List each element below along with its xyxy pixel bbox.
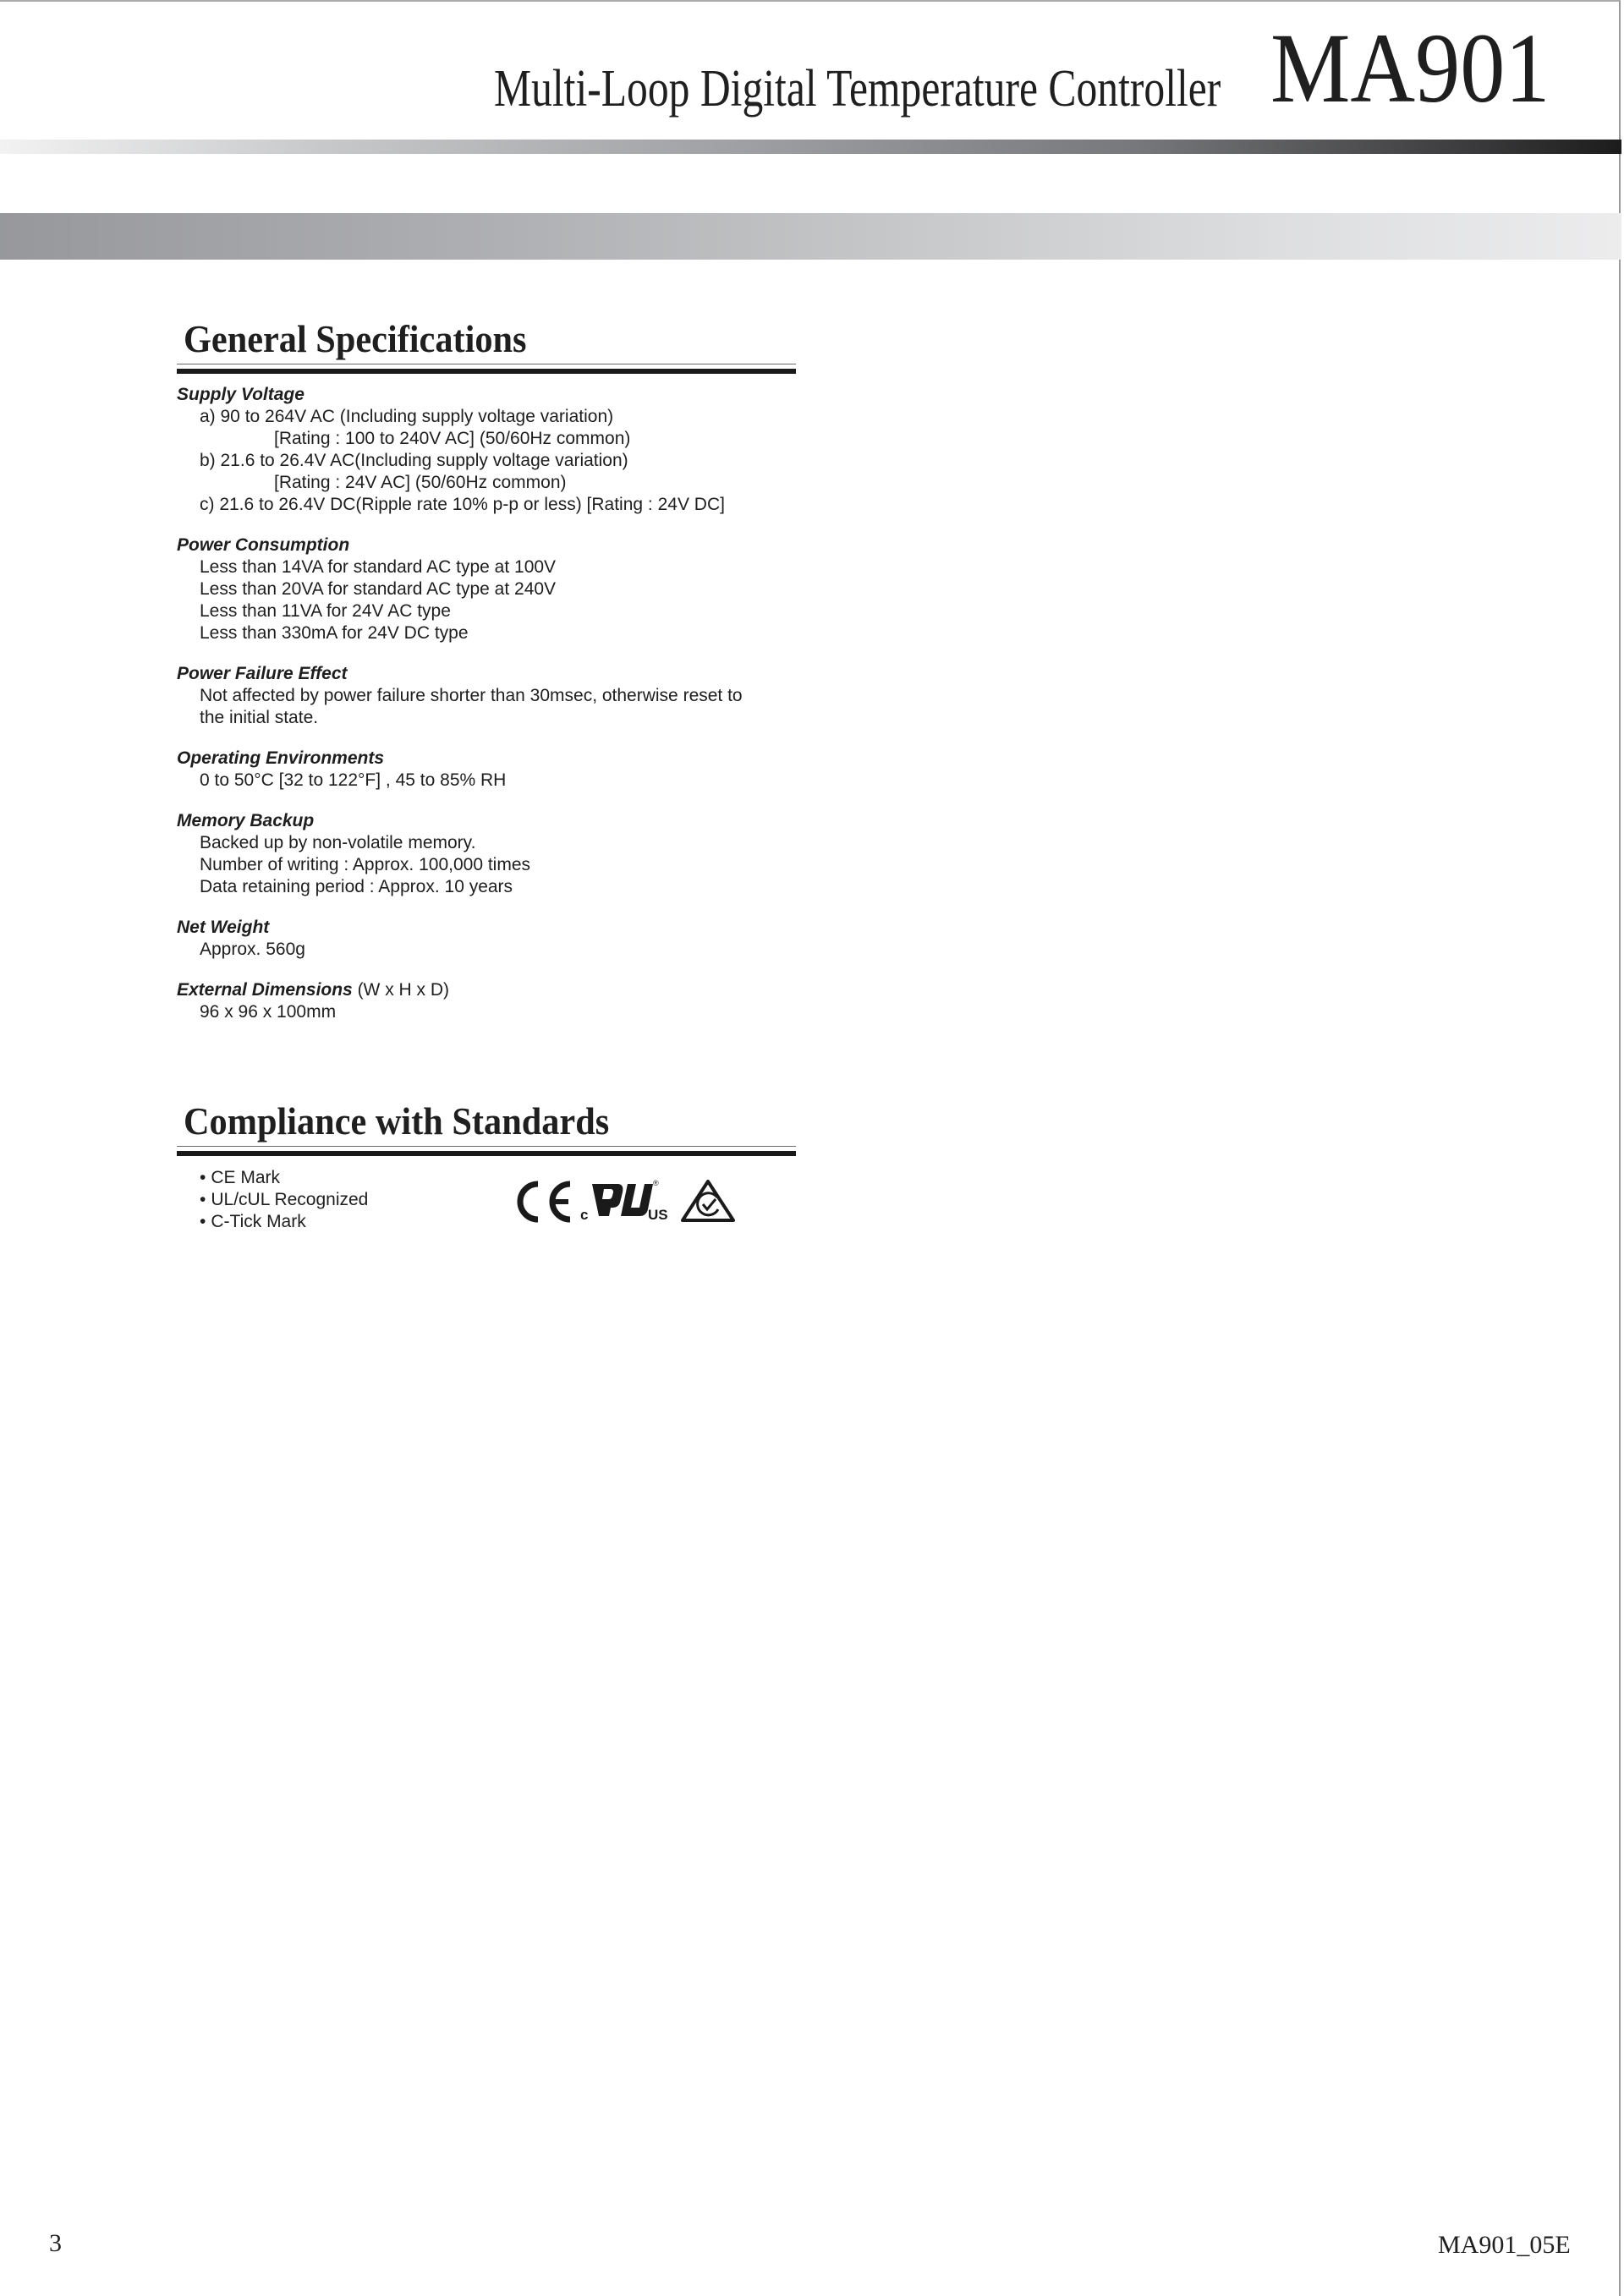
svg-text:®: ® xyxy=(653,1179,659,1187)
spec-group: Power Failure EffectNot affected by powe… xyxy=(177,663,820,729)
compliance-item: UL/cUL Recognized xyxy=(200,1189,368,1211)
heading-rule-thin xyxy=(177,1146,796,1147)
spec-label-text: External Dimensions xyxy=(177,980,353,1000)
spec-list: Supply Voltagea) 90 to 264V AC (Includin… xyxy=(177,384,820,1042)
compliance-heading-block: Compliance with Standards xyxy=(177,1102,796,1156)
spec-label: Net Weight xyxy=(177,917,820,939)
spec-value-line: 0 to 50°C [32 to 122°F] , 45 to 85% RH xyxy=(177,770,820,792)
compliance-list: CE Mark UL/cUL Recognized C-Tick Mark xyxy=(200,1167,368,1233)
spec-value-line: [Rating : 100 to 240V AC] (50/60Hz commo… xyxy=(177,428,820,450)
spec-label-text: Power Consumption xyxy=(177,535,349,555)
spec-value-line: Approx. 560g xyxy=(177,939,820,961)
section-band xyxy=(0,213,1621,260)
c-tick-icon xyxy=(680,1179,736,1223)
section-heading: Compliance with Standards xyxy=(177,1102,796,1141)
spec-group: Supply Voltagea) 90 to 264V AC (Includin… xyxy=(177,384,820,516)
spec-group: Operating Environments0 to 50°C [32 to 1… xyxy=(177,748,820,792)
spec-label-text: Power Failure Effect xyxy=(177,664,348,683)
spec-value-line: Data retaining period : Approx. 10 years xyxy=(177,876,820,898)
spec-value-line: a) 90 to 264V AC (Including supply volta… xyxy=(177,406,820,428)
model-title: MA901 xyxy=(1270,19,1550,118)
spec-group: Memory BackupBacked up by non-volatile m… xyxy=(177,810,820,898)
spec-value-line: 96 x 96 x 100mm xyxy=(177,1001,820,1023)
heading-rule-thick xyxy=(177,1151,796,1156)
section-heading-text: General Specifications xyxy=(184,320,527,359)
compliance-item: C-Tick Mark xyxy=(200,1211,368,1233)
document-code: MA901_05E xyxy=(1438,2231,1571,2260)
spec-label-text: Operating Environments xyxy=(177,748,384,768)
spec-label: Power Consumption xyxy=(177,534,820,556)
spec-value-line: c) 21.6 to 26.4V DC(Ripple rate 10% p-p … xyxy=(177,494,820,516)
certification-marks: c US ® xyxy=(513,1175,736,1223)
spec-value-line: Number of writing : Approx. 100,000 time… xyxy=(177,854,820,876)
spec-label: Memory Backup xyxy=(177,810,820,832)
section-heading-text: Compliance with Standards xyxy=(184,1102,609,1141)
spec-label: Operating Environments xyxy=(177,748,820,770)
ul-prefix: c xyxy=(580,1207,588,1223)
spec-label: Supply Voltage xyxy=(177,384,820,406)
spec-value-line: b) 21.6 to 26.4V AC(Including supply vol… xyxy=(177,450,820,472)
spec-label-text: Supply Voltage xyxy=(177,385,304,404)
spec-label-text: Net Weight xyxy=(177,918,269,937)
svg-text:US: US xyxy=(648,1207,668,1223)
spec-value-line: Less than 330mA for 24V DC type xyxy=(177,622,820,644)
spec-value-line: Less than 11VA for 24V AC type xyxy=(177,600,820,622)
spec-label-text: Memory Backup xyxy=(177,811,314,830)
spec-value-line: [Rating : 24V AC] (50/60Hz common) xyxy=(177,472,820,494)
spec-value-line: the initial state. xyxy=(177,707,820,729)
spec-label: Power Failure Effect xyxy=(177,663,820,685)
spec-label: External Dimensions (W x H x D) xyxy=(177,979,820,1001)
spec-label-suffix: (W x H x D) xyxy=(353,980,449,1000)
ul-recognized-icon: c US ® xyxy=(580,1177,673,1223)
spec-group: External Dimensions (W x H x D)96 x 96 x… xyxy=(177,979,820,1023)
page-number: 3 xyxy=(49,2229,62,2258)
heading-rule-thin xyxy=(177,364,796,364)
spec-value-line: Backed up by non-volatile memory. xyxy=(177,832,820,854)
spec-group: Net WeightApprox. 560g xyxy=(177,917,820,961)
section-heading: General Specifications xyxy=(177,320,796,359)
heading-rule-thick xyxy=(177,369,796,374)
spec-value-line: Less than 14VA for standard AC type at 1… xyxy=(177,556,820,578)
spec-value-line: Not affected by power failure shorter th… xyxy=(177,685,820,707)
model-title-wrap: MA901 xyxy=(1270,19,1581,118)
product-subtitle: Multi-Loop Digital Temperature Controlle… xyxy=(494,59,1221,119)
header-gradient-bar xyxy=(0,140,1621,154)
spec-value-line: Less than 20VA for standard AC type at 2… xyxy=(177,578,820,600)
compliance-item: CE Mark xyxy=(200,1167,368,1189)
document-header: Multi-Loop Digital Temperature Controlle… xyxy=(494,59,1402,127)
spec-group: Power ConsumptionLess than 14VA for stan… xyxy=(177,534,820,644)
ce-mark-icon xyxy=(513,1181,573,1223)
general-specifications-heading-block: General Specifications xyxy=(177,320,796,374)
